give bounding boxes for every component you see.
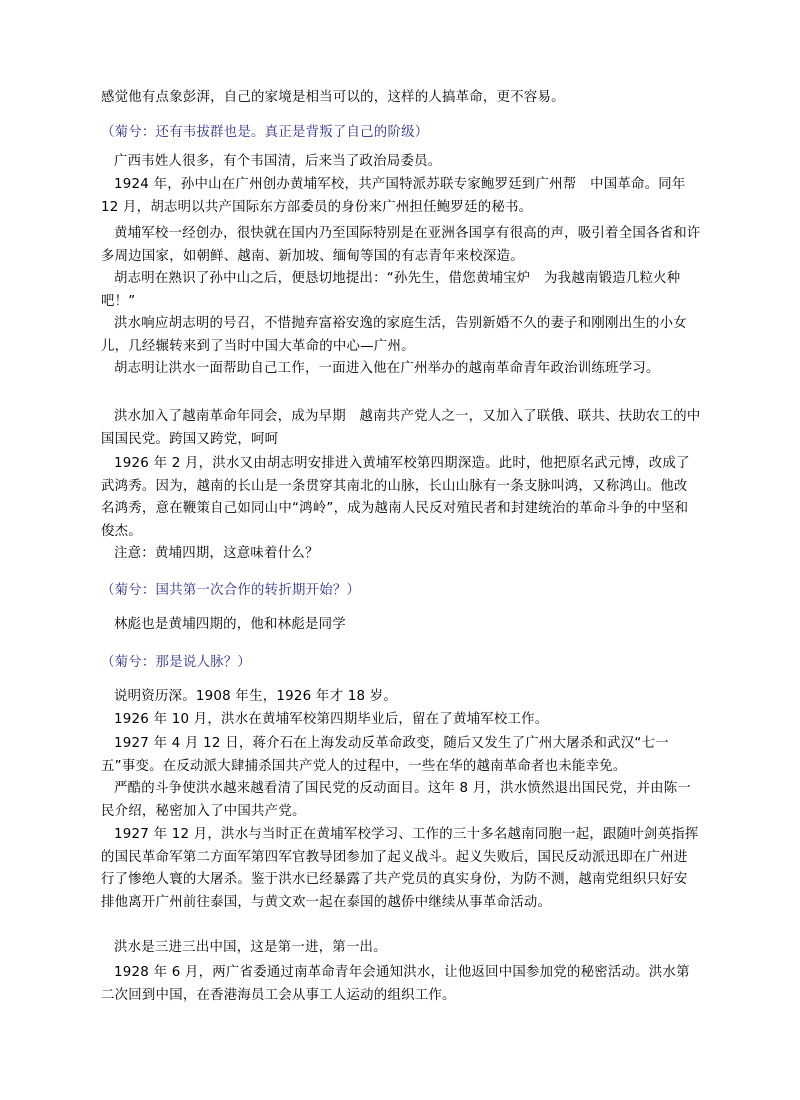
paragraph-13: 1926 年 10 月，洪水在黄埔军校第四期毕业后，留在了黄埔军校工作。	[101, 709, 701, 732]
paragraph-4: 黄埔军校一经创办，很快就在国内乃至国际特别是在亚洲各国享有很高的声，吸引着全国各…	[101, 223, 701, 268]
paragraph-6: 洪水响应胡志明的号召，不惜抛弃富裕安逸的家庭生活，告别新婚不久的妻子和刚刚出生的…	[101, 313, 701, 358]
paragraph-7: 胡志明让洪水一面帮助自己工作，一面进入他在广州举办的越南革命青年政治训练班学习。	[101, 358, 701, 381]
paragraph-9: 1926 年 2 月，洪水又由胡志明安排进入黄埔军校第四期深造。此时，他把原名武…	[101, 453, 701, 543]
paragraph-2: 广西韦姓人很多，有个韦国清，后来当了政治局委员。	[101, 151, 701, 174]
paragraph-12: 说明资历深。1908 年生，1926 年才 18 岁。	[101, 686, 701, 709]
paragraph-16: 1927 年 12 月，洪水与当时正在黄埔军校学习、工作的三十多名越南同胞一起，…	[101, 824, 701, 914]
paragraph-3: 1924 年，孙中山在广州创办黄埔军校，共产国特派苏联专家鲍罗廷到广州帮 中国革…	[101, 174, 701, 219]
paragraph-18: 1928 年 6 月，两广省委通过南革命青年会通知洪水，让他返回中国参加党的秘密…	[101, 962, 701, 1007]
note-3: （菊兮：那是说人脉？）	[101, 652, 701, 675]
paragraph-1: 感觉他有点象彭湃，自己的家境是相当可以的，这样的人搞革命，更不容易。	[101, 87, 701, 110]
paragraph-11: 林彪也是黄埔四期的，他和林彪是同学	[101, 614, 701, 637]
note-1: （菊兮：还有韦拔群也是。真正是背叛了自己的阶级）	[101, 122, 701, 145]
paragraph-8: 洪水加入了越南革命年同会，成为早期 越南共产党人之一，又加入了联俄、联共、扶助农…	[101, 406, 701, 451]
paragraph-14: 1927 年 4 月 12 日，蒋介石在上海发动反革命政变，随后又发生了广州大屠…	[101, 733, 701, 778]
paragraph-10: 注意：黄埔四期，这意味着什么？	[101, 543, 701, 566]
paragraph-17: 洪水是三进三出中国，这是第一进，第一出。	[101, 937, 701, 960]
paragraph-15: 严酷的斗争使洪水越来越看清了国民党的反动面目。这年 8 月，洪水愤然退出国民党，…	[101, 778, 701, 823]
paragraph-5: 胡志明在熟识了孙中山之后，便恳切地提出：“孙先生，借您黄埔宝炉 为我越南锻造几粒…	[101, 268, 701, 313]
note-2: （菊兮：国共第一次合作的转折期开始？）	[101, 580, 701, 603]
